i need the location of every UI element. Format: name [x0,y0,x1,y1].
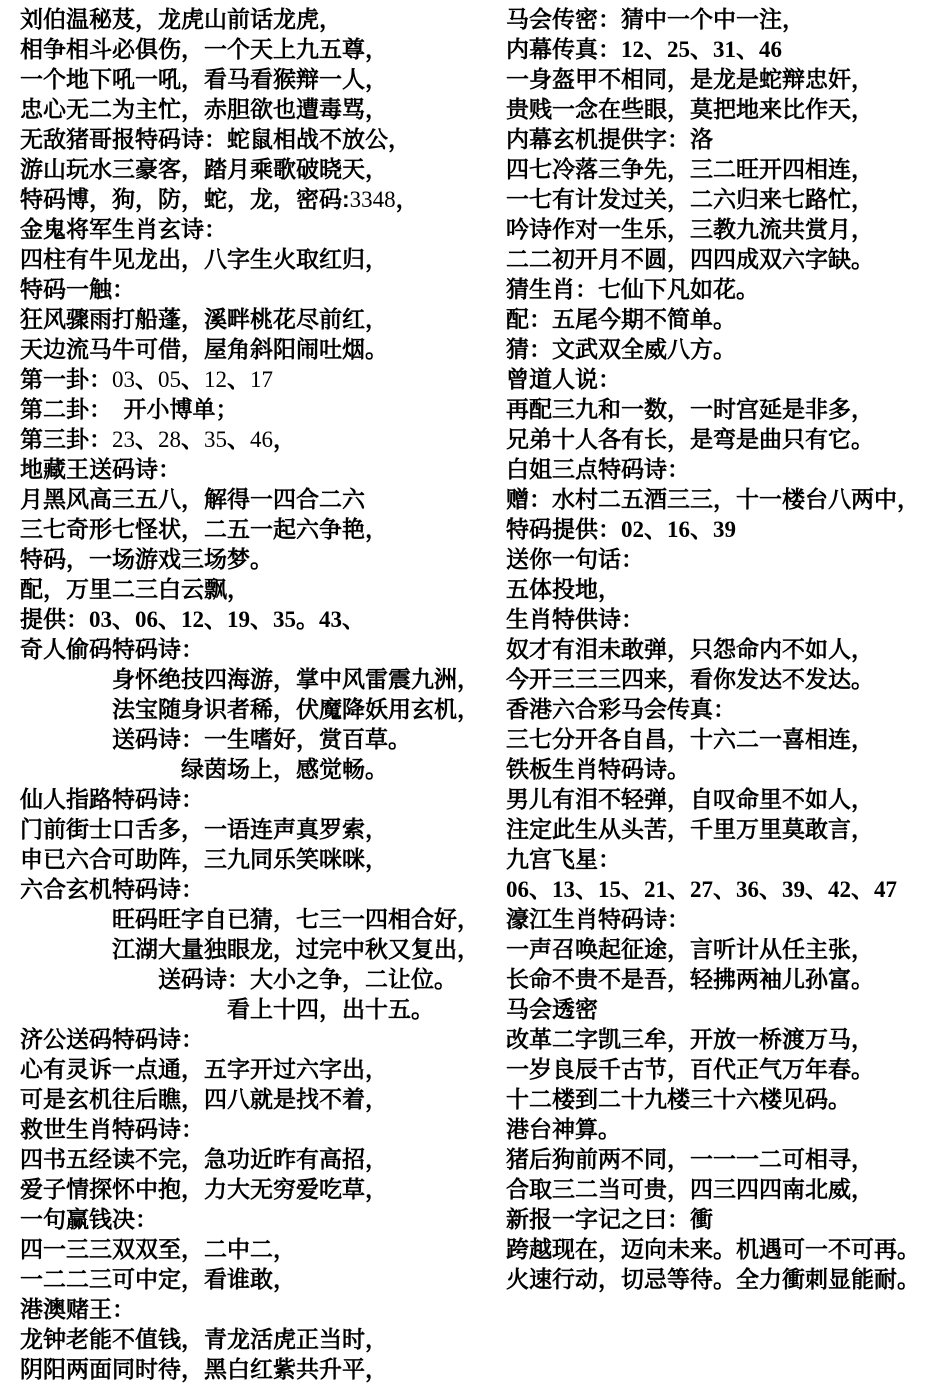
lottery-tips-document: 刘伯温秘芨，龙虎山前话龙虎，相争相斗必俱伤，一个天上九五尊，一个地下吼一吼，看马… [0,0,935,1388]
number: 03 [89,607,112,632]
number: 28 [158,427,181,452]
text-line: 五体投地， [506,574,926,604]
text-line: 仙人指路特码诗： [20,784,485,814]
text-line: 猪后狗前两不同，一一一二可相寻， [506,1144,926,1174]
text-line: 三七分开各自昌，十六二一喜相连， [506,724,926,754]
text-line: 贵贱一念在些眼，莫把地来比作天， [506,94,926,124]
text-line: 相争相斗必俱伤，一个天上九五尊， [20,34,485,64]
text-line: 配，万里二三白云飘， [20,574,485,604]
text-line: 送码诗：大小之争，二让位。 [20,964,485,994]
text-line: 身怀绝技四海游，掌中风雷震九洲， [20,664,485,694]
number: 39 [782,877,805,902]
number: 13 [552,877,575,902]
text-line: 六合玄机特码诗： [20,874,485,904]
number: 31 [713,37,736,62]
number: 25 [667,37,690,62]
text-line: 一七有计发过关，二六归来七路忙， [506,184,926,214]
number: 21 [644,877,667,902]
text-line: 特码，一场游戏三场梦。 [20,544,485,574]
text-line: 一声召唤起征途，言听计从任主张， [506,934,926,964]
number: 17 [250,367,273,392]
text-line: 港澳赌王： [20,1294,485,1324]
text-line: 狂风骤雨打船蓬，溪畔桃花尽前红， [20,304,485,334]
text-line: 刘伯温秘芨，龙虎山前话龙虎， [20,4,485,34]
text-line: 长命不贵不是吾，轻拂两袖儿孙富。 [506,964,926,994]
number: 35 [204,427,227,452]
text-line: 奇人偷码特码诗： [20,634,485,664]
text-line: 一个地下吼一吼，看马看猴辩一人， [20,64,485,94]
text-line: 二二初开月不圆，四四成双六字缺。 [506,244,926,274]
text-line: 特码提供：02、16、39 [506,514,926,544]
text-line: 可是玄机往后瞧，四八就是找不着， [20,1084,485,1114]
text-line: 送你一句话： [506,544,926,574]
text-line: 忠心无二为主忙，赤胆欲也遭毒骂， [20,94,485,124]
number: 15 [598,877,621,902]
text-line: 马会透密 [506,994,926,1024]
text-line: 四书五经读不完，急功近昨有高招， [20,1144,485,1174]
number: 46 [759,37,782,62]
number: 43 [319,607,342,632]
text-line: 火速行动，切忌等待。全力衝刺显能耐。 [506,1264,926,1294]
text-line: 江湖大量独眼龙，过完中秋又复出， [20,934,485,964]
text-line: 看上十四，出十五。 [20,994,485,1024]
text-line: 法宝随身识者稀，伏魔降妖用玄机， [20,694,485,724]
text-line: 一二二三可中定，看谁敢， [20,1264,485,1294]
text-line: 濠江生肖特码诗： [506,904,926,934]
text-line: 注定此生从头苦，千里万里莫敢言， [506,814,926,844]
text-line: 今开三三三四来，看你发达不发达。 [506,664,926,694]
number: 42 [828,877,851,902]
text-line: 旺码旺字自已猜，七三一四相合好， [20,904,485,934]
text-line: 生肖特供诗： [506,604,926,634]
text-line: 送码诗：一生嗜好，赏百草。 [20,724,485,754]
text-line: 四柱有牛见龙出，八字生火取红归， [20,244,485,274]
text-line: 一句赢钱决： [20,1204,485,1234]
number: 46 [250,427,273,452]
text-line: 四一三三双双至，二中二， [20,1234,485,1264]
right-text-column: 马会传密：猜中一个中一注，内幕传真：12、25、31、46一身盔甲不相同，是龙是… [506,4,926,1294]
text-line: 绿茵场上，感觉畅。 [20,754,485,784]
text-line: 心有灵诉一点通，五字开过六字出， [20,1054,485,1084]
number: 23 [112,427,135,452]
number: 36 [736,877,759,902]
text-line: 白姐三点特码诗： [506,454,926,484]
left-text-column: 刘伯温秘芨，龙虎山前话龙虎，相争相斗必俱伤，一个天上九五尊，一个地下吼一吼，看马… [20,4,485,1384]
text-line: 天边流马牛可借，屋角斜阳闹吐烟。 [20,334,485,364]
text-line: 金鬼将军生肖玄诗： [20,214,485,244]
number: 02 [621,517,644,542]
text-line: 一岁良辰千古节，百代正气万年春。 [506,1054,926,1084]
text-line: 内幕传真：12、25、31、46 [506,34,926,64]
text-line: 申已六合可助阵，三九同乐笑咪咪， [20,844,485,874]
number: 35 [273,607,296,632]
text-line: 曾道人说： [506,364,926,394]
text-line: 第一卦：03、05、12、17 [20,364,485,394]
number: 47 [874,877,897,902]
number: 06 [506,877,529,902]
text-line: 阴阳两面同时待，黑白红紫共升平， [20,1354,485,1384]
text-line: 铁板生肖特码诗。 [506,754,926,784]
text-line: 男儿有泪不轻弹，自叹命里不如人， [506,784,926,814]
number: 3348 [350,187,396,212]
text-line: 龙钟老能不值钱，青龙活虎正当时， [20,1324,485,1354]
text-line: 无敌猪哥报特码诗：蛇鼠相战不放公， [20,124,485,154]
number: 12 [181,607,204,632]
text-line: 特码一触： [20,274,485,304]
text-line: 合取三二当可贵，四三四四南北威， [506,1174,926,1204]
text-line: 一身盔甲不相同，是龙是蛇辩忠奸， [506,64,926,94]
text-line: 吟诗作对一生乐，三教九流共赏月， [506,214,926,244]
text-line: 救世生肖特码诗： [20,1114,485,1144]
text-line: 兄弟十人各有长，是弯是曲只有它。 [506,424,926,454]
text-line: 第二卦： 开小博单； [20,394,485,424]
text-line: 三七奇形七怪状，二五一起六争艳， [20,514,485,544]
text-line: 特码博，狗，防，蛇，龙，密码:3348， [20,184,485,214]
text-line: 香港六合彩马会传真： [506,694,926,724]
text-line: 门前街士口舌多，一语连声真罗索， [20,814,485,844]
text-line: 猜生肖：七仙下凡如花。 [506,274,926,304]
text-line: 九宫飞星： [506,844,926,874]
text-line: 月黑风高三五八，解得一四合二六 [20,484,485,514]
text-line: 第三卦：23、28、35、46， [20,424,485,454]
number: 27 [690,877,713,902]
number: 39 [713,517,736,542]
text-line: 再配三九和一数，一时宫延是非多， [506,394,926,424]
number: 12 [204,367,227,392]
text-line: 游山玩水三豪客，踏月乘歌破晓天， [20,154,485,184]
text-line: 内幕玄机提供字：洛 [506,124,926,154]
text-line: 跨越现在，迈向未来。机遇可一不可再。 [506,1234,926,1264]
text-line: 改革二字凯三牟，开放一桥渡万马， [506,1024,926,1054]
text-line: 港台神算。 [506,1114,926,1144]
text-line: 提供：03、06、12、19、35。43、 [20,604,485,634]
text-line: 爱子情探怀中抱，力大无穷爱吃草， [20,1174,485,1204]
text-line: 猜：文武双全威八方。 [506,334,926,364]
number: 16 [667,517,690,542]
text-line: 06、13、15、21、27、36、39、42、47 [506,874,926,904]
text-line: 马会传密：猜中一个中一注， [506,4,926,34]
text-line: 济公送码特码诗： [20,1024,485,1054]
number: 19 [227,607,250,632]
number: 12 [621,37,644,62]
number: 06 [135,607,158,632]
text-line: 地藏王送码诗： [20,454,485,484]
text-line: 新报一字记之曰：衝 [506,1204,926,1234]
text-line: 配：五尾今期不简单。 [506,304,926,334]
text-line: 四七冷落三争先，三二旺开四相连， [506,154,926,184]
number: 05 [158,367,181,392]
text-line: 奴才有泪未敢弹，只怨命内不如人， [506,634,926,664]
text-line: 赠：水村二五酒三三，十一楼台八两中， [506,484,926,514]
text-line: 十二楼到二十九楼三十六楼见码。 [506,1084,926,1114]
number: 03 [112,367,135,392]
